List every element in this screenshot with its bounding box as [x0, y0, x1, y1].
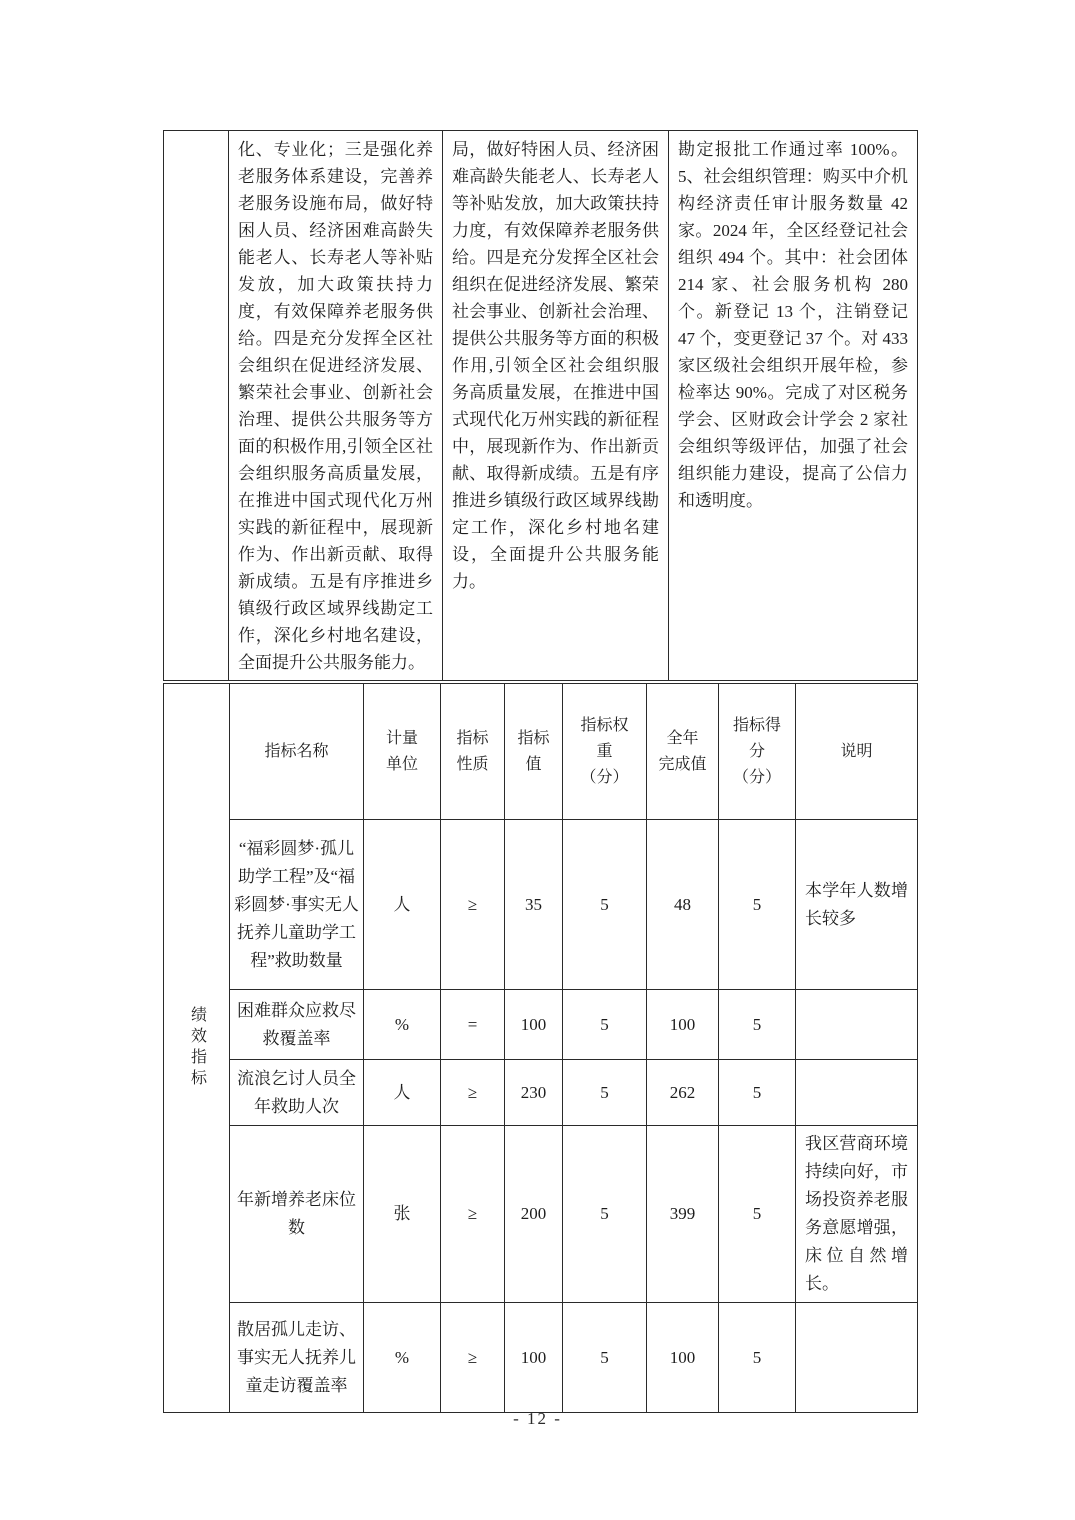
cell-unit: 人 — [364, 820, 441, 990]
cell-score: 5 — [719, 1060, 796, 1126]
narrative-text-2: 局，做好特困人员、经济困难高龄失能老人、长寿老人等补贴发放，加大政策扶持力度，有… — [443, 131, 668, 599]
cell-nature: = — [441, 990, 505, 1060]
cell-target: 230 — [505, 1060, 563, 1126]
header-target: 指标 值 — [505, 684, 563, 820]
cell-note: 我区营商环境持续向好，市场投资养老服务意愿增强，床位自然增长。 — [796, 1126, 918, 1303]
cell-nature: ≥ — [441, 1303, 505, 1413]
cell-target: 200 — [505, 1126, 563, 1303]
page-number: - 12 - — [0, 1409, 1075, 1429]
cell-score: 5 — [719, 1303, 796, 1413]
header-note: 说明 — [796, 684, 918, 820]
narrative-text-1: 化、专业化；三是强化养老服务体系建设，完善养老服务设施布局，做好特困人员、经济困… — [229, 131, 442, 680]
cell-completed: 100 — [647, 1303, 719, 1413]
cell-name: 流浪乞讨人员全年救助人次 — [230, 1060, 364, 1126]
cell-note — [796, 1060, 918, 1126]
indicator-row: 困难群众应救尽救覆盖率 % = 100 5 100 5 — [164, 990, 918, 1060]
cell-score: 5 — [719, 990, 796, 1060]
narrative-table: 化、专业化；三是强化养老服务体系建设，完善养老服务设施布局，做好特困人员、经济困… — [163, 130, 918, 681]
cell-unit: % — [364, 1303, 441, 1413]
indicator-table: 绩效指标 指标名称 计量 单位 指标 性质 指标 值 指标权 重 （分） 全年 … — [163, 683, 918, 1413]
cell-weight: 5 — [563, 990, 647, 1060]
narrative-cell-2: 局，做好特困人员、经济困难高龄失能老人、长寿老人等补贴发放，加大政策扶持力度，有… — [443, 131, 669, 681]
cell-target: 100 — [505, 990, 563, 1060]
cell-weight: 5 — [563, 1303, 647, 1413]
header-completed: 全年 完成值 — [647, 684, 719, 820]
cell-name: 年新增养老床位数 — [230, 1126, 364, 1303]
cell-note — [796, 1303, 918, 1413]
narrative-stub-cell — [164, 131, 229, 681]
cell-unit: 人 — [364, 1060, 441, 1126]
header-name: 指标名称 — [230, 684, 364, 820]
cell-name: 困难群众应救尽救覆盖率 — [230, 990, 364, 1060]
group-label-vertical: 绩效指标 — [184, 1006, 210, 1090]
cell-completed: 48 — [647, 820, 719, 990]
cell-note — [796, 990, 918, 1060]
header-unit: 计量 单位 — [364, 684, 441, 820]
cell-name: “福彩圆梦·孤儿助学工程”及“福彩圆梦·事实无人抚养儿童助学工程”救助数量 — [230, 820, 364, 990]
cell-target: 100 — [505, 1303, 563, 1413]
cell-score: 5 — [719, 820, 796, 990]
cell-nature: ≥ — [441, 820, 505, 990]
indicator-row: “福彩圆梦·孤儿助学工程”及“福彩圆梦·事实无人抚养儿童助学工程”救助数量 人 … — [164, 820, 918, 990]
header-weight: 指标权 重 （分） — [563, 684, 647, 820]
cell-target: 35 — [505, 820, 563, 990]
cell-completed: 262 — [647, 1060, 719, 1126]
cell-note: 本学年人数增长较多 — [796, 820, 918, 990]
cell-score: 5 — [719, 1126, 796, 1303]
narrative-text-3: 勘定报批工作通过率 100%。5、社会组织管理：购买中介机构经济责任审计服务数量… — [669, 131, 917, 518]
indicator-header-row: 绩效指标 指标名称 计量 单位 指标 性质 指标 值 指标权 重 （分） 全年 … — [164, 684, 918, 820]
cell-weight: 5 — [563, 820, 647, 990]
cell-weight: 5 — [563, 1126, 647, 1303]
cell-completed: 399 — [647, 1126, 719, 1303]
cell-name: 散居孤儿走访、事实无人抚养儿童走访覆盖率 — [230, 1303, 364, 1413]
document-body: 化、专业化；三是强化养老服务体系建设，完善养老服务设施布局，做好特困人员、经济困… — [163, 130, 917, 1413]
header-nature: 指标 性质 — [441, 684, 505, 820]
indicator-row: 流浪乞讨人员全年救助人次 人 ≥ 230 5 262 5 — [164, 1060, 918, 1126]
header-score: 指标得 分 （分） — [719, 684, 796, 820]
narrative-row: 化、专业化；三是强化养老服务体系建设，完善养老服务设施布局，做好特困人员、经济困… — [164, 131, 918, 681]
narrative-cell-3: 勘定报批工作通过率 100%。5、社会组织管理：购买中介机构经济责任审计服务数量… — [669, 131, 918, 681]
indicator-group-cell: 绩效指标 — [164, 684, 230, 1413]
cell-unit: % — [364, 990, 441, 1060]
indicator-row: 年新增养老床位数 张 ≥ 200 5 399 5 我区营商环境持续向好，市场投资… — [164, 1126, 918, 1303]
cell-nature: ≥ — [441, 1060, 505, 1126]
indicator-row: 散居孤儿走访、事实无人抚养儿童走访覆盖率 % ≥ 100 5 100 5 — [164, 1303, 918, 1413]
cell-nature: ≥ — [441, 1126, 505, 1303]
cell-completed: 100 — [647, 990, 719, 1060]
cell-unit: 张 — [364, 1126, 441, 1303]
narrative-cell-1: 化、专业化；三是强化养老服务体系建设，完善养老服务设施布局，做好特困人员、经济困… — [229, 131, 443, 681]
cell-weight: 5 — [563, 1060, 647, 1126]
